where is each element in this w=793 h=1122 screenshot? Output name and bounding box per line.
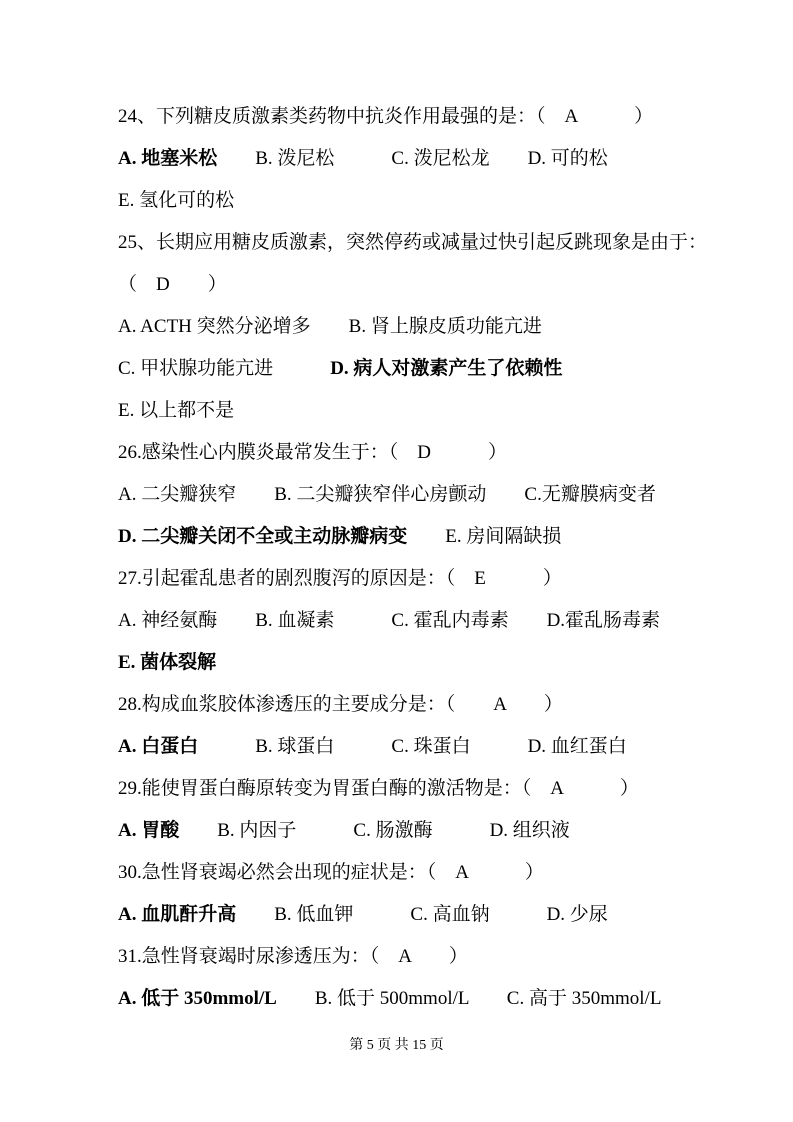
text-segment: E. 房间隔缺损 — [407, 526, 561, 547]
text-segment: （ D ） — [118, 274, 227, 295]
question-list: 24、下列糖皮质激素类药物中抗炎作用最强的是：（ A ）A. 地塞米松 B. 泼… — [118, 96, 773, 1020]
text-segment: 25、长期应用糖皮质激素，突然停药或减量过快引起反跳现象是由于： — [118, 232, 707, 253]
question-29-stem: 29.能使胃蛋白酶原转变为胃蛋白酶的激活物是：（ A ） — [118, 768, 773, 810]
correct-option-text: E. 菌体裂解 — [118, 652, 216, 673]
correct-option-text: A. 低于 350mmol/L — [118, 988, 277, 1009]
text-segment: B. 泼尼松 C. 泼尼松龙 D. 可的松 — [217, 148, 608, 169]
question-24-option-e: E. 氢化可的松 — [118, 180, 773, 222]
page-number-indicator: 第 5 页 共 15 页 — [349, 1038, 444, 1053]
text-segment: 29.能使胃蛋白酶原转变为胃蛋白酶的激活物是：（ A ） — [118, 778, 639, 799]
question-25-stem: 25、长期应用糖皮质激素，突然停药或减量过快引起反跳现象是由于： — [118, 222, 773, 264]
text-segment: B. 球蛋白 C. 珠蛋白 D. 血红蛋白 — [198, 736, 627, 757]
correct-option-text: A. 血肌酐升高 — [118, 904, 236, 925]
question-27-stem: 27.引起霍乱患者的剧烈腹泻的原因是：（ E ） — [118, 558, 773, 600]
question-27-options-abcd: A. 神经氨酶 B. 血凝素 C. 霍乱内毒素 D.霍乱肠毒素 — [118, 600, 773, 642]
text-segment: 30.急性肾衰竭必然会出现的症状是：（ A ） — [118, 862, 544, 883]
question-30-stem: 30.急性肾衰竭必然会出现的症状是：（ A ） — [118, 852, 773, 894]
text-segment: E. 以上都不是 — [118, 400, 234, 421]
question-28-stem: 28.构成血浆胶体渗透压的主要成分是：（ A ） — [118, 684, 773, 726]
text-segment: 27.引起霍乱患者的剧烈腹泻的原因是：（ E ） — [118, 568, 562, 589]
text-segment: C. 甲状腺功能亢进 — [118, 358, 330, 379]
question-24-stem: 24、下列糖皮质激素类药物中抗炎作用最强的是：（ A ） — [118, 96, 773, 138]
question-27-option-e: E. 菌体裂解 — [118, 642, 773, 684]
text-segment: 26.感染性心内膜炎最常发生于：（ D ） — [118, 442, 507, 463]
question-29-options-abcd: A. 胃酸 B. 内因子 C. 肠激酶 D. 组织液 — [118, 810, 773, 852]
text-segment: E. 氢化可的松 — [118, 190, 234, 211]
text-segment: A. ACTH 突然分泌增多 B. 肾上腺皮质功能亢进 — [118, 316, 542, 337]
question-26-options-de: D. 二尖瓣关闭不全或主动脉瓣病变 E. 房间隔缺损 — [118, 516, 773, 558]
text-segment: A. 神经氨酶 B. 血凝素 C. 霍乱内毒素 D.霍乱肠毒素 — [118, 610, 660, 631]
question-25-options-cd: C. 甲状腺功能亢进 D. 病人对激素产生了依赖性 — [118, 348, 773, 390]
text-segment: B. 低血钾 C. 高血钠 D. 少尿 — [236, 904, 608, 925]
page-footer: 第 5 页 共 15 页 — [0, 1036, 793, 1056]
correct-option-text: A. 胃酸 — [118, 820, 179, 841]
text-segment: A. 二尖瓣狭窄 B. 二尖瓣狭窄伴心房颤动 C.无瓣膜病变者 — [118, 484, 656, 505]
document-page: 24、下列糖皮质激素类药物中抗炎作用最强的是：（ A ）A. 地塞米松 B. 泼… — [0, 0, 793, 1122]
question-25-options-ab: A. ACTH 突然分泌增多 B. 肾上腺皮质功能亢进 — [118, 306, 773, 348]
question-30-options-abcd: A. 血肌酐升高 B. 低血钾 C. 高血钠 D. 少尿 — [118, 894, 773, 936]
correct-option-text: D. 二尖瓣关闭不全或主动脉瓣病变 — [118, 526, 407, 547]
question-24-options-abcd: A. 地塞米松 B. 泼尼松 C. 泼尼松龙 D. 可的松 — [118, 138, 773, 180]
question-26-stem: 26.感染性心内膜炎最常发生于：（ D ） — [118, 432, 773, 474]
text-segment: B. 内因子 C. 肠激酶 D. 组织液 — [179, 820, 570, 841]
text-segment: B. 低于 500mmol/L C. 高于 350mmol/L — [277, 988, 662, 1009]
text-segment: 28.构成血浆胶体渗透压的主要成分是：（ A ） — [118, 694, 563, 715]
question-31-options-abc: A. 低于 350mmol/L B. 低于 500mmol/L C. 高于 35… — [118, 978, 773, 1020]
question-25-answer-blank: （ D ） — [118, 264, 773, 306]
correct-option-text: D. 病人对激素产生了依赖性 — [330, 358, 562, 379]
question-31-stem: 31.急性肾衰竭时尿渗透压为：（ A ） — [118, 936, 773, 978]
question-26-options-abc: A. 二尖瓣狭窄 B. 二尖瓣狭窄伴心房颤动 C.无瓣膜病变者 — [118, 474, 773, 516]
text-segment: 31.急性肾衰竭时尿渗透压为：（ A ） — [118, 946, 468, 967]
question-28-options-abcd: A. 白蛋白 B. 球蛋白 C. 珠蛋白 D. 血红蛋白 — [118, 726, 773, 768]
correct-option-text: A. 地塞米松 — [118, 148, 217, 169]
text-segment: 24、下列糖皮质激素类药物中抗炎作用最强的是：（ A ） — [118, 106, 653, 127]
correct-option-text: A. 白蛋白 — [118, 736, 198, 757]
question-25-option-e: E. 以上都不是 — [118, 390, 773, 432]
